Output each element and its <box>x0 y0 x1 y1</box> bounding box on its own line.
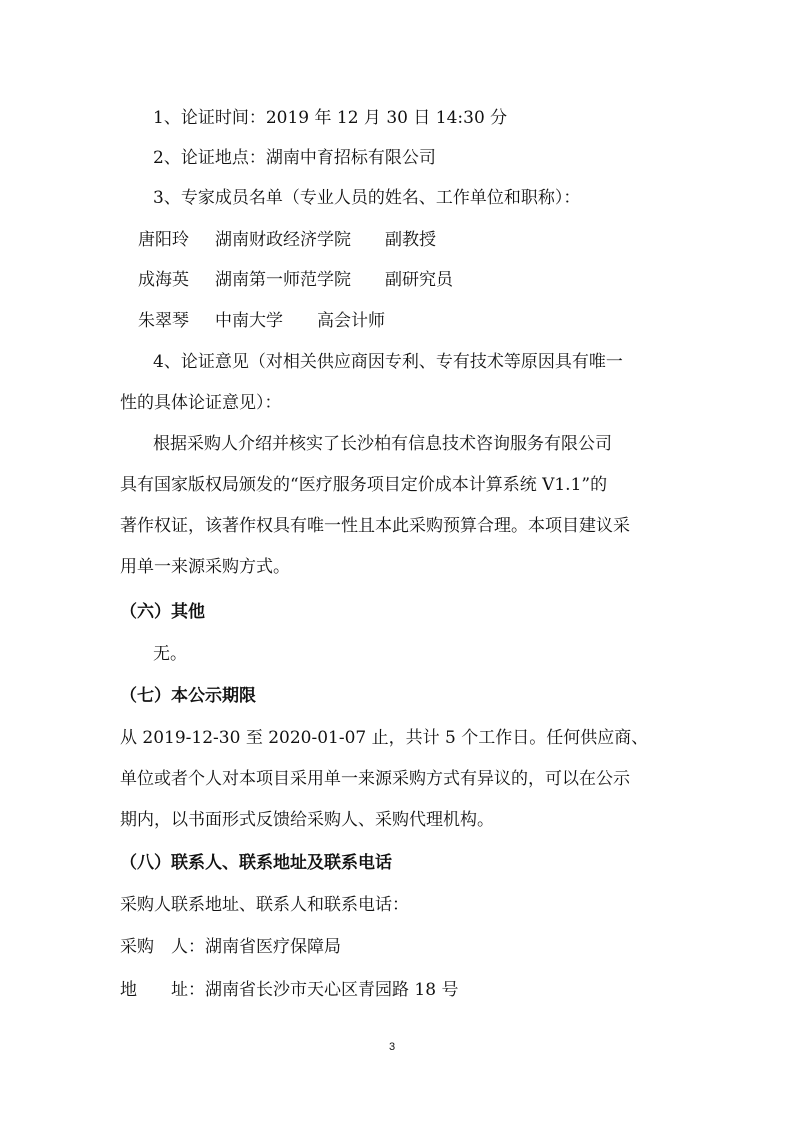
period-line: 单位或者个人对本项目采用单一来源采购方式有异议的，可以在公示 <box>120 769 630 789</box>
purchaser-label: 采购 人： <box>120 937 205 957</box>
expert-org: 湖南财政经济学院 <box>215 230 385 250</box>
expert-name: 成海英 <box>138 270 215 290</box>
opinion-line: 根据采购人介绍并核实了长沙柏有信息技术咨询服务有限公司 <box>153 434 612 454</box>
expert-org: 中南大学 <box>215 311 317 331</box>
page-number: 3 <box>389 1041 395 1053</box>
expert-row: 唐阳玲湖南财政经济学院副教授 <box>138 230 436 250</box>
address-label: 地 址： <box>120 980 205 1000</box>
opinion-line: 用单一来源采购方式。 <box>120 557 290 577</box>
purchaser-row: 采购 人：湖南省医疗保障局 <box>120 937 341 957</box>
expert-org: 湖南第一师范学院 <box>215 270 385 290</box>
contact-intro: 采购人联系地址、联系人和联系电话： <box>120 895 409 915</box>
period-line: 期内，以书面形式反馈给采购人、采购代理机构。 <box>120 810 494 830</box>
section-heading-contact: （八）联系人、联系地址及联系电话 <box>120 853 392 873</box>
address-value: 湖南省长沙市天心区青园路 18 号 <box>205 980 458 1000</box>
item-opinion-heading-cont: 性的具体论证意见）： <box>120 393 282 413</box>
opinion-line: 具有国家版权局颁发的“医疗服务项目定价成本计算系统 V1.1”的 <box>120 475 607 495</box>
item-experts-heading: 3、专家成员名单（专业人员的姓名、工作单位和职称）： <box>153 188 580 208</box>
expert-title: 副研究员 <box>385 270 453 290</box>
section-heading-other: （六）其他 <box>120 602 205 622</box>
item-location: 2、论证地点：湖南中育招标有限公司 <box>153 148 436 168</box>
opinion-line: 著作权证，该著作权具有唯一性且本此采购预算合理。本项目建议采 <box>120 516 630 536</box>
address-row: 地 址：湖南省长沙市天心区青园路 18 号 <box>120 980 458 1000</box>
item-time: 1、论证时间：2019 年 12 月 30 日 14:30 分 <box>153 108 507 128</box>
expert-row: 成海英湖南第一师范学院副研究员 <box>138 270 453 290</box>
item-opinion-heading: 4、论证意见（对相关供应商因专利、专有技术等原因具有唯一 <box>153 352 623 372</box>
purchaser-value: 湖南省医疗保障局 <box>205 937 341 957</box>
expert-title: 副教授 <box>385 230 436 250</box>
section-heading-period: （七）本公示期限 <box>120 686 256 706</box>
expert-name: 唐阳玲 <box>138 230 215 250</box>
expert-title: 高会计师 <box>317 311 385 331</box>
expert-name: 朱翠琴 <box>138 311 215 331</box>
period-line: 从 2019-12-30 至 2020-01-07 止，共计 5 个工作日。任何… <box>120 728 648 748</box>
section-other-body: 无。 <box>153 644 187 664</box>
expert-row: 朱翠琴中南大学高会计师 <box>138 311 385 331</box>
